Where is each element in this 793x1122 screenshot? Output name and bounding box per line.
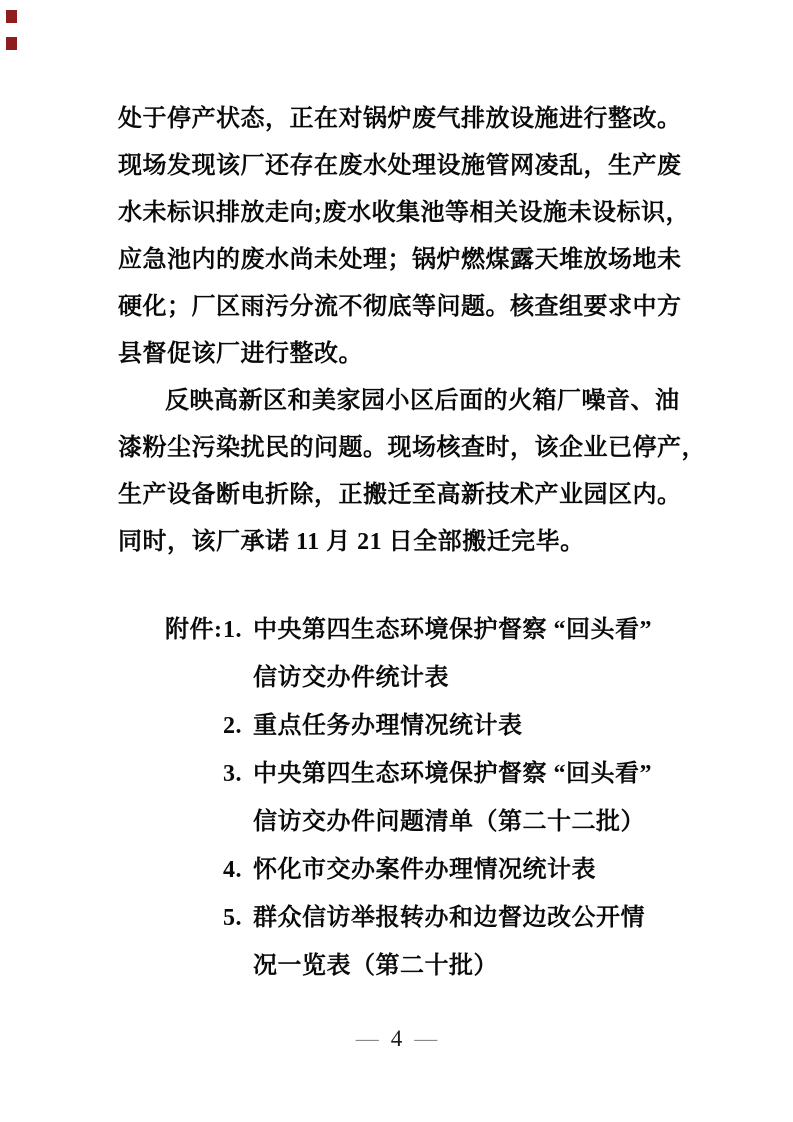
text-line: 应急池内的废水尚未处理；锅炉燃煤露天堆放场地未 [118,237,680,284]
attachment-item-continuation: 信访交办件问题清单（第二十二批） [165,798,652,846]
page-number: 4 [391,1026,403,1051]
text-line: 硬化；厂区雨污分流不彻底等问题。核查组要求中方 [118,284,680,331]
text-line: 反映高新区和美家园小区后面的火箱厂噪音、油 [118,378,680,425]
footer-dash: — [414,1026,437,1051]
body-text: 处于停产状态，正在对锅炉废气排放设施进行整改。 现场发现该厂还存在废水处理设施管… [118,96,680,566]
red-corner-mark [6,10,17,23]
attachment-text: 怀化市交办案件办理情况统计表 [253,846,596,894]
attachments-label: 附件: [165,606,223,654]
footer-dash: — [356,1026,379,1051]
attachment-number: 1. [223,606,253,654]
text-line: 同时，该厂承诺 11 月 21 日全部搬迁完毕。 [118,519,680,566]
document-page: 处于停产状态，正在对锅炉废气排放设施进行整改。 现场发现该厂还存在废水处理设施管… [0,0,793,1122]
red-corner-mark [6,37,17,50]
attachment-item: 附件: 1. 中央第四生态环境保护督察 “回头看” [165,606,652,654]
attachment-text: 信访交办件问题清单（第二十二批） [253,798,645,846]
attachment-number: 4. [223,846,253,894]
attachment-item: 2. 重点任务办理情况统计表 [165,702,652,750]
attachment-text: 况一览表（第二十批） [253,942,498,990]
attachment-text: 信访交办件统计表 [253,654,449,702]
attachment-number: 2. [223,702,253,750]
attachment-item: 3. 中央第四生态环境保护督察 “回头看” [165,750,652,798]
page-footer: —4— [0,1026,793,1052]
attachment-text: 重点任务办理情况统计表 [253,702,523,750]
text-line: 水未标识排放走向;废水收集池等相关设施未设标识， [118,190,680,237]
attachment-text: 中央第四生态环境保护督察 “回头看” [253,750,652,798]
attachments-section: 附件: 1. 中央第四生态环境保护督察 “回头看” 信访交办件统计表 2. 重点… [165,606,652,990]
attachment-item-continuation: 信访交办件统计表 [165,654,652,702]
attachment-item: 5. 群众信访举报转办和边督边改公开情 [165,894,652,942]
text-line: 生产设备断电折除，正搬迁至高新技术产业园区内。 [118,472,680,519]
attachment-number: 5. [223,894,253,942]
text-line: 现场发现该厂还存在废水处理设施管网凌乱，生产废 [118,143,680,190]
attachment-item: 4. 怀化市交办案件办理情况统计表 [165,846,652,894]
attachment-item-continuation: 况一览表（第二十批） [165,942,652,990]
attachment-text: 群众信访举报转办和边督边改公开情 [253,894,645,942]
text-line: 县督促该厂进行整改。 [118,331,680,378]
attachment-number: 3. [223,750,253,798]
text-line: 漆粉尘污染扰民的问题。现场核查时，该企业已停产， [118,425,680,472]
attachment-text: 中央第四生态环境保护督察 “回头看” [253,606,652,654]
text-line: 处于停产状态，正在对锅炉废气排放设施进行整改。 [118,96,680,143]
